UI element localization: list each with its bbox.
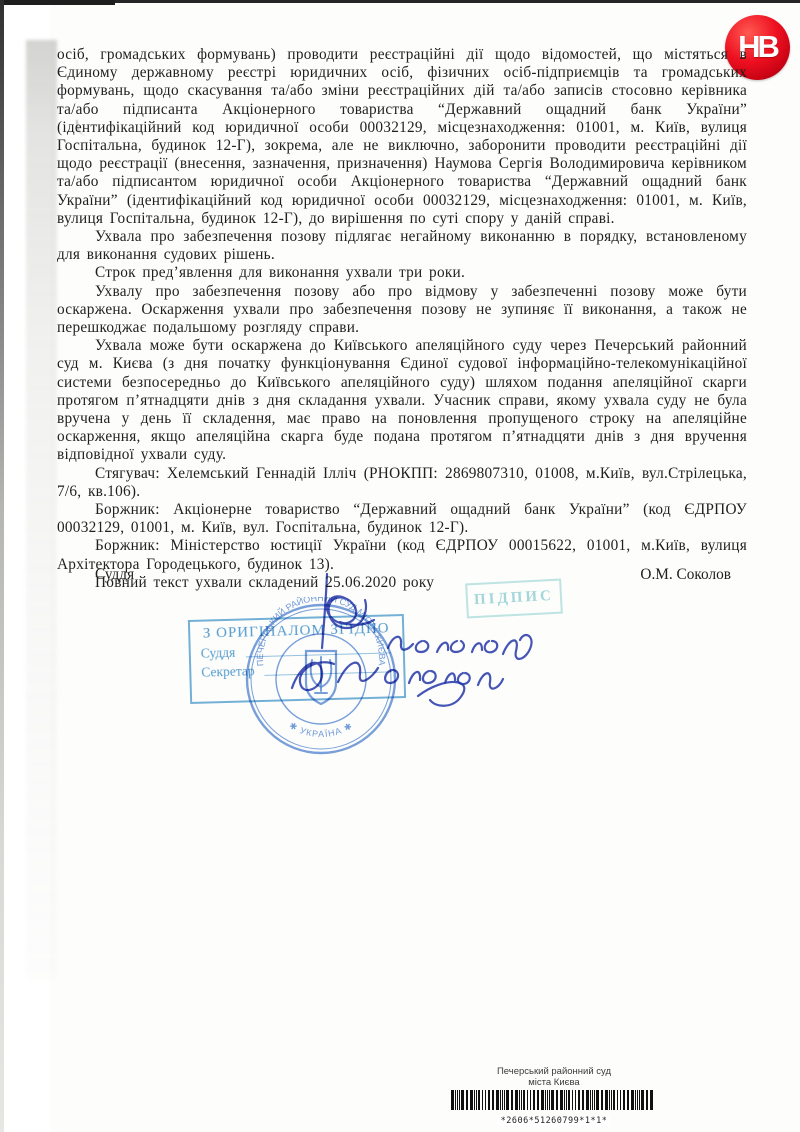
barcode-number: *2606*51260799*1*1* (498, 1116, 611, 1126)
judge-label: Суддя (57, 566, 134, 584)
footer: Печерський районний суд міста Києва *260… (440, 1066, 668, 1128)
handwritten-signatures (180, 560, 600, 780)
scan-edge-top (0, 0, 800, 3)
paragraph: Строк пред’явлення для виконання ухвали … (57, 264, 747, 282)
scan-edge-top-left (0, 0, 115, 5)
paragraph: Ухвала про забезпечення позову підлягає … (57, 228, 747, 264)
paragraph: Ухвалу про забезпечення позову або про в… (57, 283, 747, 338)
paragraph: Ухвала може бути оскаржена до Київського… (57, 337, 747, 464)
scan-edge-left (0, 0, 4, 1132)
pen-stroke (322, 574, 327, 648)
barcode (451, 1090, 657, 1110)
footer-court-line2: міста Києва (440, 1077, 668, 1088)
scan-shadow-band (26, 40, 57, 980)
paragraph: осіб, громадських формувань) проводити р… (57, 46, 747, 228)
document-body: осіб, громадських формувань) проводити р… (57, 46, 747, 592)
paragraph: Боржник: Акціонерне товариство “Державни… (57, 501, 747, 537)
paragraph: Стягувач: Хелемський Геннадій Ілліч (РНО… (57, 465, 747, 501)
footer-court-line1: Печерський районний суд (440, 1066, 668, 1077)
judge-name: О.М. Соколов (640, 566, 747, 584)
